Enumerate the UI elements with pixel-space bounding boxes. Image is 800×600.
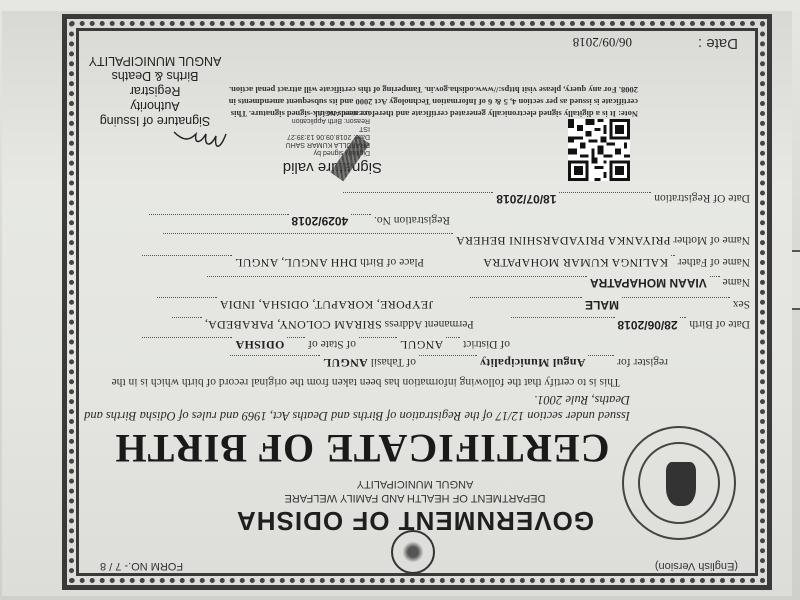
language-tag: (English Version) — [655, 560, 738, 572]
place-of-birth-value: DHH ANGUL, ANGUL — [235, 256, 357, 270]
certify-text: This is to certify that the following in… — [80, 376, 620, 388]
certificate-title: CERTIFICATE OF BIRTH — [82, 425, 642, 472]
handwritten-signature-icon — [170, 126, 230, 156]
child-name-value: VIAAN MOHAPATRA — [590, 276, 707, 290]
address-line2: JEYPORE, KORAPUT, ODISHA, INDIA — [220, 298, 434, 312]
dob-row: Date of Birth 28/06/2018 Permanent Addre… — [172, 317, 750, 332]
department-name: DEPARTMENT OF HEALTH AND FAMILY WELFARE — [80, 492, 750, 504]
certificate-content: (English Version) FORM NO.- 7 / 8 GOVERN… — [80, 26, 750, 576]
district-value: ANGUL — [400, 338, 444, 352]
state-value: ODISHA — [235, 338, 284, 352]
sex-row: Sex MALE JEYPORE, KORAPUT, ODISHA, INDIA — [157, 297, 750, 312]
sex-value: MALE — [585, 298, 619, 312]
tahasil-value: ANGUL — [323, 356, 368, 370]
father-row: Name of Father KALINGA KUMAR MOHAPATRA P… — [142, 255, 750, 270]
mother-row: Name of Mother PRIYANKA PRIYADARSHINI BE… — [163, 233, 750, 248]
qr-code-icon[interactable] — [568, 119, 630, 181]
issue-date-value: 06/09/2018 — [573, 34, 632, 50]
issuing-authority: Signature of Issuing Authority Registrar… — [80, 53, 230, 128]
register-for-value: Angul Municipality — [480, 356, 586, 370]
issued-under-text: Issued under section 12/17 of the Regist… — [70, 392, 630, 424]
registration-date-row: Date Of Registration 18/07/2018 — [344, 192, 751, 206]
form-number: FORM NO.- 7 / 8 — [100, 560, 183, 572]
government-title: GOVERNMENT OF ODISHA — [80, 505, 750, 536]
registration-date-value: 18/07/2018 — [496, 192, 556, 206]
issue-date-label: Date : — [698, 35, 738, 52]
district-row: of District ANGUL of State of ODISHA — [142, 337, 510, 352]
municipality-name: ANGUL MUNICIPALITY — [80, 478, 750, 490]
rotated-certificate: (English Version) FORM NO.- 7 / 8 GOVERN… — [0, 0, 800, 600]
father-name-value: KALINGA KUMAR MOHAPATRA — [483, 256, 668, 270]
registration-row: Registration No. 4029/2018 — [149, 214, 750, 228]
legal-note: Note: It is a digitally signed electroni… — [218, 84, 638, 120]
registration-number-value: 4029/2018 — [291, 214, 348, 228]
name-row: Name VIAAN MOHAPATRA — [207, 276, 750, 290]
address-line1: SRIRAM COLONY, PARABEDA, — [205, 318, 382, 332]
mother-name-value: PRIYANKA PRIYADARSHINI BEHERA — [456, 234, 671, 248]
odisha-emblem-icon — [391, 530, 435, 574]
dob-value: 28/06/2018 — [618, 318, 678, 332]
register-for-row: register for Angul Municipality of Tahas… — [230, 355, 668, 370]
